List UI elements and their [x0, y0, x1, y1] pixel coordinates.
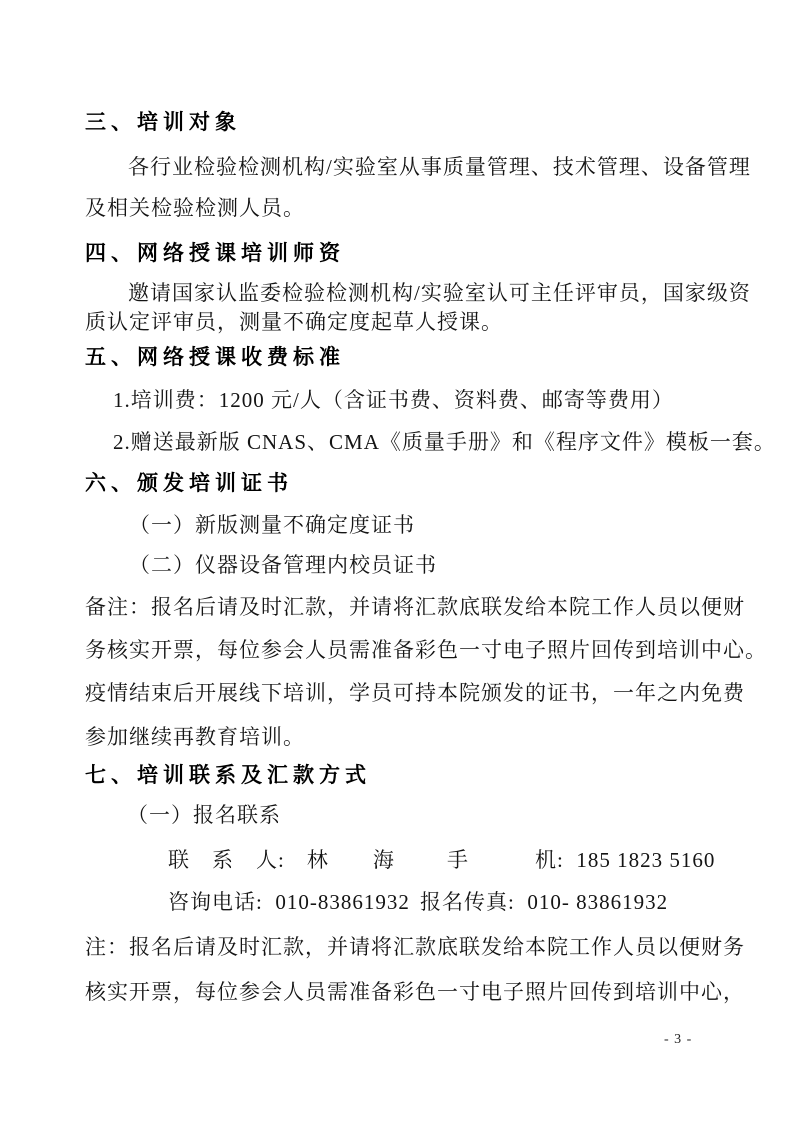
inquiry-phone-value: 010-83861932 — [275, 890, 410, 914]
contact-person-value: 林 海 — [307, 848, 395, 872]
contact-person-label: 联 系 人: — [168, 848, 285, 872]
spacer — [285, 848, 307, 872]
fax-row: 报名传真: 010- 83861932 — [420, 889, 668, 915]
note-line2: 核实开票，每位参会人员需准备彩色一寸电子照片回传到培训中心， — [85, 979, 745, 1005]
fee-item-2: 2.赠送最新版 CNAS、CMA《质量手册》和《程序文件》模板一套。 — [113, 429, 776, 455]
page-number: - 3 - — [664, 1032, 692, 1048]
document-page: 三、培训对象 各行业检验检测机构/实验室从事质量管理、技术管理、设备管理 及相关… — [0, 0, 793, 1122]
remark-line1: 备注：报名后请及时汇款，并请将汇款底联发给本院工作人员以便财 — [85, 594, 745, 620]
mobile-row: 手 机: 185 1823 5160 — [447, 847, 715, 873]
remark-line4: 参加继续再教育培训。 — [85, 724, 305, 750]
inquiry-phone-row: 咨询电话: 010-83861932 — [168, 889, 410, 915]
heading-online-faculty: 四、网络授课培训师资 — [85, 240, 345, 267]
faculty-paragraph-line2: 质认定评审员，测量不确定度起草人授课。 — [85, 309, 503, 335]
heading-training-audience: 三、培训对象 — [85, 109, 241, 136]
heading-certificates: 六、颁发培训证书 — [85, 470, 293, 497]
inquiry-phone-label: 咨询电话: — [168, 890, 263, 914]
fee-item-1: 1.培训费：1200 元/人（含证书费、资料费、邮寄等费用） — [113, 387, 674, 413]
contact-sub-heading: （一）报名联系 — [127, 802, 281, 828]
remark-line3: 疫情结束后开展线下培训，学员可持本院颁发的证书，一年之内免费 — [85, 680, 745, 706]
spacer — [564, 848, 577, 872]
certificate-item-2: （二）仪器设备管理内校员证书 — [129, 552, 437, 578]
heading-contact-payment: 七、培训联系及汇款方式 — [85, 762, 371, 789]
note-line1: 注：报名后请及时汇款，并请将汇款底联发给本院工作人员以便财务 — [85, 934, 745, 960]
mobile-value: 185 1823 5160 — [576, 848, 715, 872]
fax-label: 报名传真: — [420, 890, 515, 914]
faculty-paragraph-line1: 邀请国家认监委检验检测机构/实验室认可主任评审员，国家级资 — [128, 280, 751, 306]
audience-paragraph-line2: 及相关检验检测人员。 — [85, 195, 305, 221]
fax-value: 010- 83861932 — [527, 890, 668, 914]
remark-line2: 务核实开票，每位参会人员需准备彩色一寸电子照片回传到培训中心。 — [85, 637, 767, 663]
certificate-item-1: （一）新版测量不确定度证书 — [129, 512, 415, 538]
spacer — [515, 890, 528, 914]
audience-paragraph-line1: 各行业检验检测机构/实验室从事质量管理、技术管理、设备管理 — [128, 154, 751, 180]
spacer — [263, 890, 276, 914]
heading-fee-standard: 五、网络授课收费标准 — [85, 344, 345, 371]
contact-person-row: 联 系 人: 林 海 — [168, 847, 395, 873]
mobile-label: 手 机: — [447, 848, 564, 872]
